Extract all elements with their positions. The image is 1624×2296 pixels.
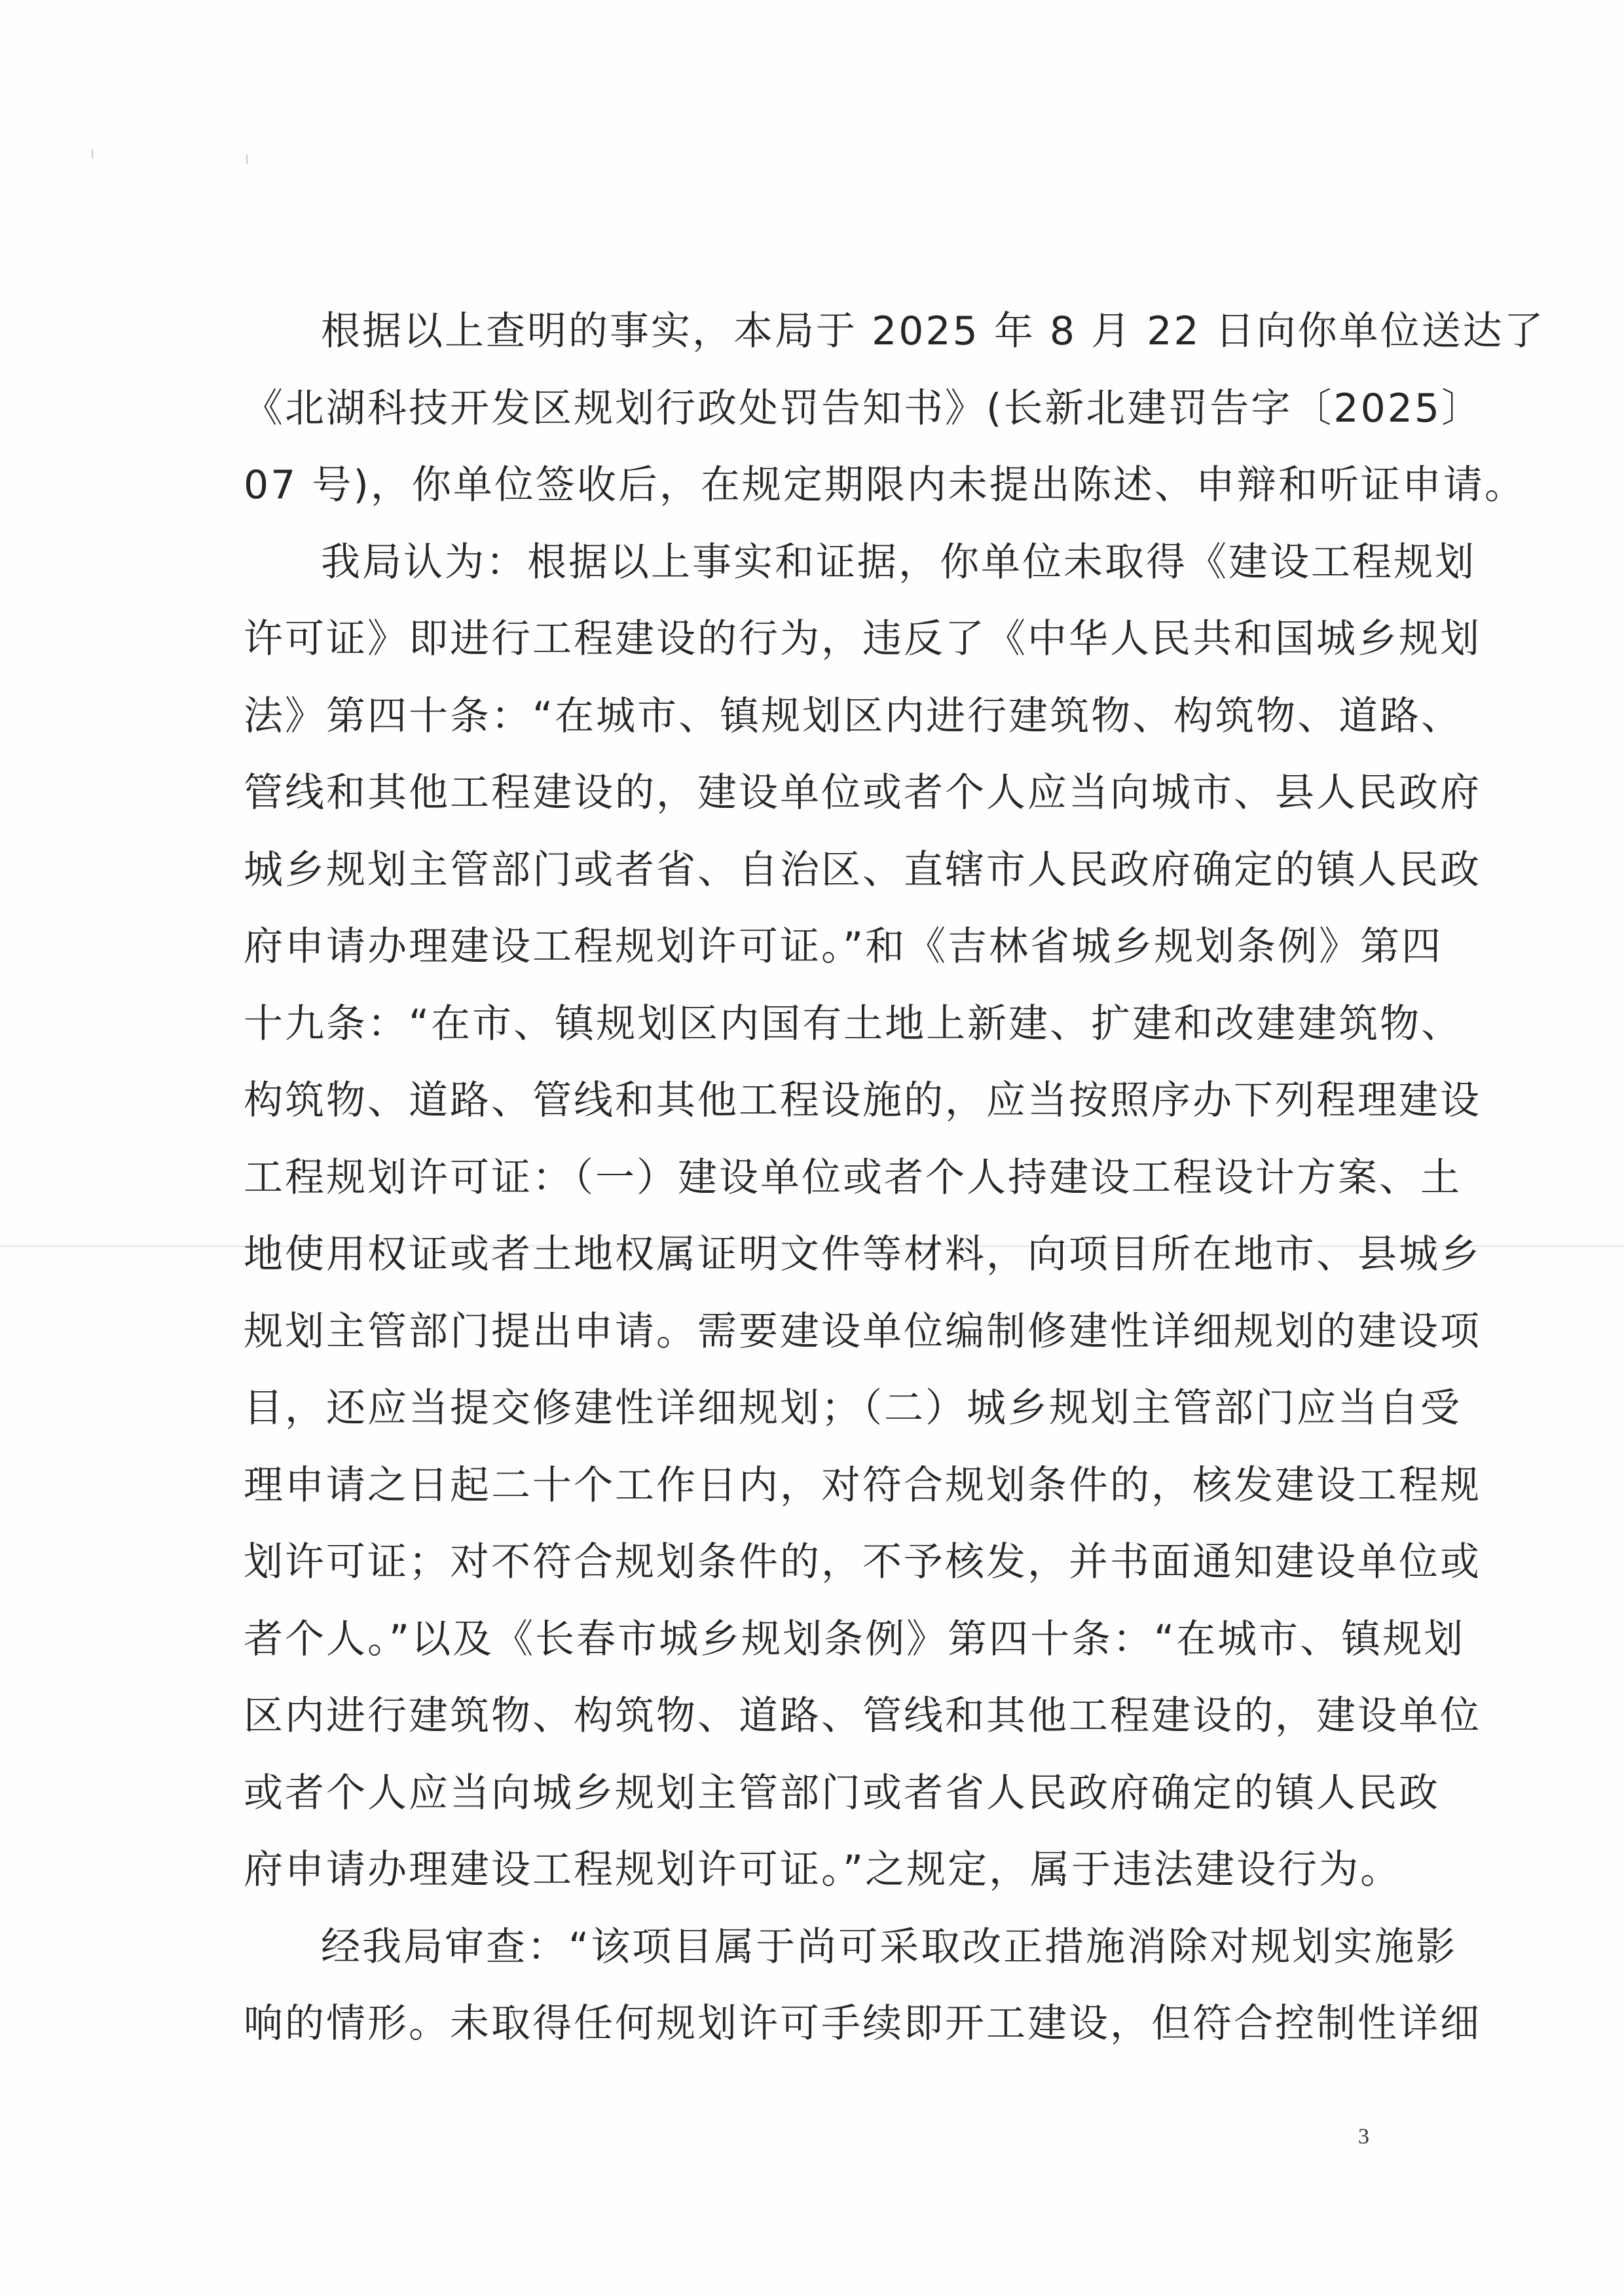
text-line: 划许可证；对不符合规划条件的，不予核发，并书面通知建设单位或 [244, 1524, 1391, 1601]
text-line: 十九条：“在市、镇规划区内国有土地上新建、扩建和改建建筑物、 [244, 986, 1391, 1063]
text-line: 府申请办理建设工程规划许可证。”之规定，属于违法建设行为。 [244, 1832, 1391, 1909]
text-line: 管线和其他工程建设的，建设单位或者个人应当向城市、县人民政府 [244, 755, 1391, 832]
paragraph-delivery-notice: 根据以上查明的事实，本局于 2025 年 8 月 22 日向你单位送达了 《北湖… [244, 293, 1391, 524]
text-line: 规划主管部门提出申请。需要建设单位编制修建性详细规划的建设项 [244, 1294, 1391, 1371]
text-line: 区内进行建筑物、构筑物、道路、管线和其他工程建设的，建设单位 [244, 1678, 1391, 1755]
text-line: 或者个人应当向城乡规划主管部门或者省人民政府确定的镇人民政 [244, 1755, 1391, 1832]
text-line: 许可证》即进行工程建设的行为，违反了《中华人民共和国城乡规划 [244, 601, 1391, 678]
text-line: 法》第四十条：“在城市、镇规划区内进行建筑物、构筑物、道路、 [244, 678, 1391, 756]
paragraph-bureau-opinion: 我局认为：根据以上事实和证据，你单位未取得《建设工程规划 许可证》即进行工程建设… [244, 524, 1391, 1909]
text-line: 我局认为：根据以上事实和证据，你单位未取得《建设工程规划 [244, 524, 1391, 602]
page-number: 3 [1358, 2124, 1369, 2149]
text-line: 府申请办理建设工程规划许可证。”和《吉林省城乡规划条例》第四 [244, 909, 1391, 986]
paragraph-bureau-review: 经我局审查：“该项目属于尚可采取改正措施消除对规划实施影 响的情形。未取得任何规… [244, 1909, 1391, 2063]
text-line: 工程规划许可证：（一）建设单位或者个人持建设工程设计方案、土 [244, 1140, 1391, 1217]
scan-artifact-mark [92, 149, 93, 158]
text-line: 构筑物、道路、管线和其他工程设施的，应当按照序办下列程理建设 [244, 1063, 1391, 1140]
text-line: 城乡规划主管部门或者省、自治区、直辖市人民政府确定的镇人民政 [244, 832, 1391, 909]
text-line: 理申请之日起二十个工作日内，对符合规划条件的，核发建设工程规 [244, 1448, 1391, 1525]
text-line: 经我局审查：“该项目属于尚可采取改正措施消除对规划实施影 [244, 1909, 1391, 1986]
text-line: 07 号)，你单位签收后，在规定期限内未提出陈述、申辩和听证申请。 [244, 447, 1391, 524]
scan-artifact-mark [246, 155, 248, 164]
document-body: 根据以上查明的事实，本局于 2025 年 8 月 22 日向你单位送达了 《北湖… [244, 293, 1391, 2063]
text-line: 响的情形。未取得任何规划许可手续即开工建设，但符合控制性详细 [244, 1986, 1391, 2063]
text-line: 根据以上查明的事实，本局于 2025 年 8 月 22 日向你单位送达了 [244, 293, 1391, 371]
text-line: 目，还应当提交修建性详细规划；（二）城乡规划主管部门应当自受 [244, 1370, 1391, 1448]
text-line: 《北湖科技开发区规划行政处罚告知书》(长新北建罚告字〔2025〕 [244, 371, 1391, 448]
text-line: 地使用权证或者土地权属证明文件等材料，向项目所在地市、县城乡 [244, 1216, 1391, 1294]
document-page: 根据以上查明的事实，本局于 2025 年 8 月 22 日向你单位送达了 《北湖… [0, 0, 1624, 2296]
text-line: 者个人。”以及《长春市城乡规划条例》第四十条：“在城市、镇规划 [244, 1601, 1391, 1679]
